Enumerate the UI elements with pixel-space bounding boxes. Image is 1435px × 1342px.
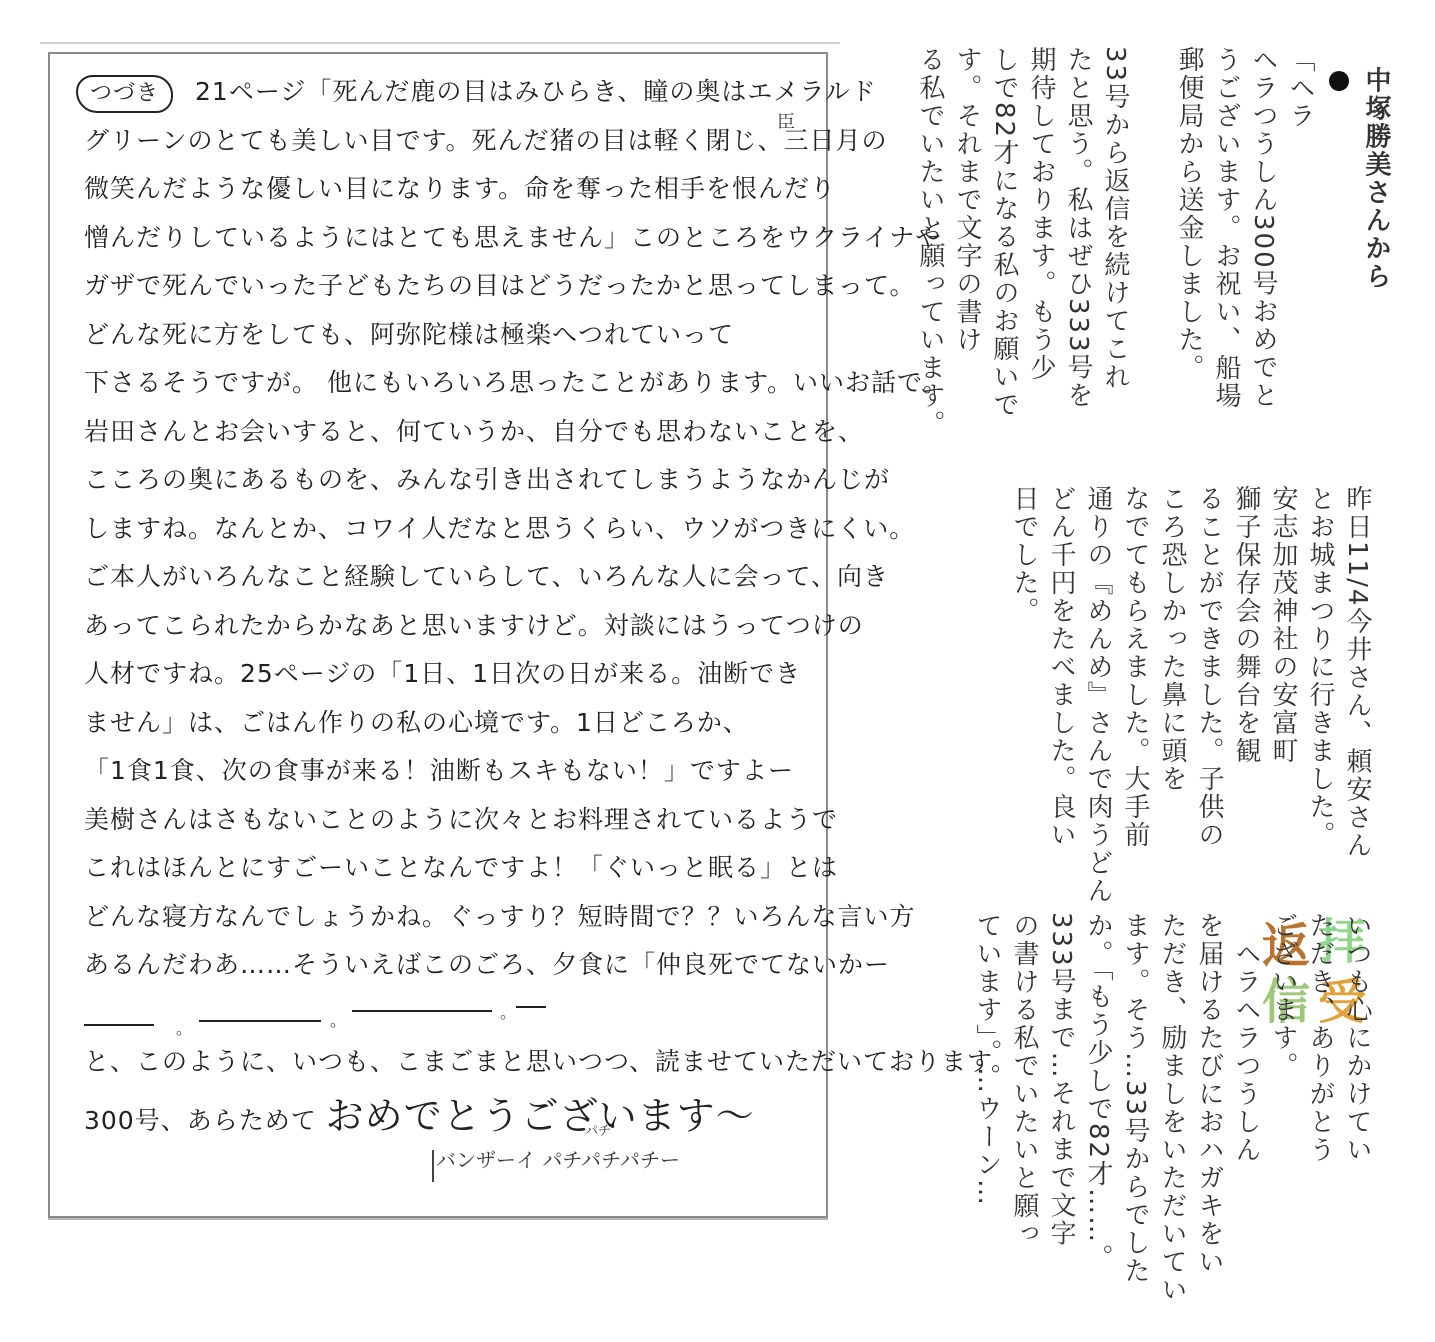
correction-annotation: 臣 [777, 108, 795, 134]
letter-line: あってこられたからかなあと思いますけど。対談にはうってつけの [84, 602, 812, 651]
handwritten-letter: つづき21ページ「死んだ鹿の目はみひらき、瞳の奥はエメラルド グリーンのとても美… [48, 52, 828, 1218]
dash-divider: 。 。 。 [84, 990, 812, 1038]
reader-letter-2: 昨日11/4今井さん、頼安さん とお城まつりに行きました。 安志加茂神社の安富町… [985, 485, 1375, 865]
letter-line: ガザで死んでいった子どもたちの目はどうだったかと思ってしまって。 [84, 262, 812, 311]
congrats-big: おめでとうございます～ [326, 1094, 755, 1138]
letter-line: ません」は、ごはん作りの私の心境です。1日どころか、 [84, 699, 812, 748]
letter-line: ご本人がいろんなこと経験していらして、いろんな人に会って、向き [84, 553, 812, 602]
letter-line: 微笑んだような優しい目になります。命を奪った相手を恨んだり [84, 165, 812, 214]
sender-name: 中塚勝美さんから [1320, 46, 1431, 426]
signature-bar [432, 1150, 434, 1182]
letter-line: どんな寝方なんでしょうかね。ぐっすり？短時間で？？いろんな言い方 [84, 893, 812, 942]
letter-line: これはほんとにすごーいことなんですよ！「ぐいっと眠る」とは [84, 844, 812, 893]
reader-letter-1: 「ヘラ ヘラつうしん300号おめでと うございます。お祝い、船場 郵便局から送金… [946, 46, 1318, 426]
letter-line: グリーンのとても美しい目です。死んだ猪の目は軽く閉じ、三日月の [84, 117, 812, 166]
letter-line: つづき21ページ「死んだ鹿の目はみひらき、瞳の奥はエメラルド [84, 68, 812, 117]
congrats-line: 300号、あらためて おめでとうございます～ [84, 1086, 812, 1146]
letter-line: 下さるそうですが。 他にもいろいろ思ったことがあります。いいお話で。 [84, 359, 812, 408]
signature-small: パチ [585, 1120, 611, 1139]
bullet-icon [1329, 71, 1349, 91]
letter-line: しますね。なんとか、コワイ人だなと思うくらい、ウソがつきにくい。 [84, 505, 812, 554]
dash-stroke [199, 1020, 321, 1022]
letter-line: どんな死に方をしても、阿弥陀様は極楽へつれていって [84, 311, 812, 360]
letter-line: あるんだわあ……そういえばこのごろ、夕食に「仲良死でてないかー [84, 941, 812, 990]
continued-label: つづき [76, 75, 173, 113]
letter-line: 「1食1食、次の食事が来る！油断もスキもない！」ですよー [84, 747, 812, 796]
letter-line: 美樹さんはさもないことのように次々とお料理されているようで [84, 796, 812, 845]
letter-line: こころの奥にあるものを、みんな引き出されてしまうようなかんじが [84, 456, 812, 505]
scan-edge-line [40, 42, 840, 44]
letter-line: 人材ですね。25ページの「1日、1日次の日が来る。油断でき [84, 650, 812, 699]
letter-body: つづき21ページ「死んだ鹿の目はみひらき、瞳の奥はエメラルド グリーンのとても美… [84, 68, 812, 1146]
reply-text: いつも心にかけてい ただき、ありがとう ございます。 ヘラヘラつうしん を届ける… [950, 912, 1375, 1292]
closing-line: と、このように、いつも、こまごまと思いつつ、読ませていただいております。 [84, 1038, 812, 1087]
dash-stroke [352, 1010, 492, 1012]
signature: バンザーイ パチパチパチー [436, 1144, 680, 1173]
dash-stroke [516, 1006, 546, 1008]
dash-stroke [84, 1024, 154, 1026]
letter-line: 岩田さんとお会いすると、何ていうか、自分でも思わないことを、 [84, 408, 812, 457]
letter-line: 憎んだりしているようにはとても思えません」このところをウクライナや [84, 214, 812, 263]
